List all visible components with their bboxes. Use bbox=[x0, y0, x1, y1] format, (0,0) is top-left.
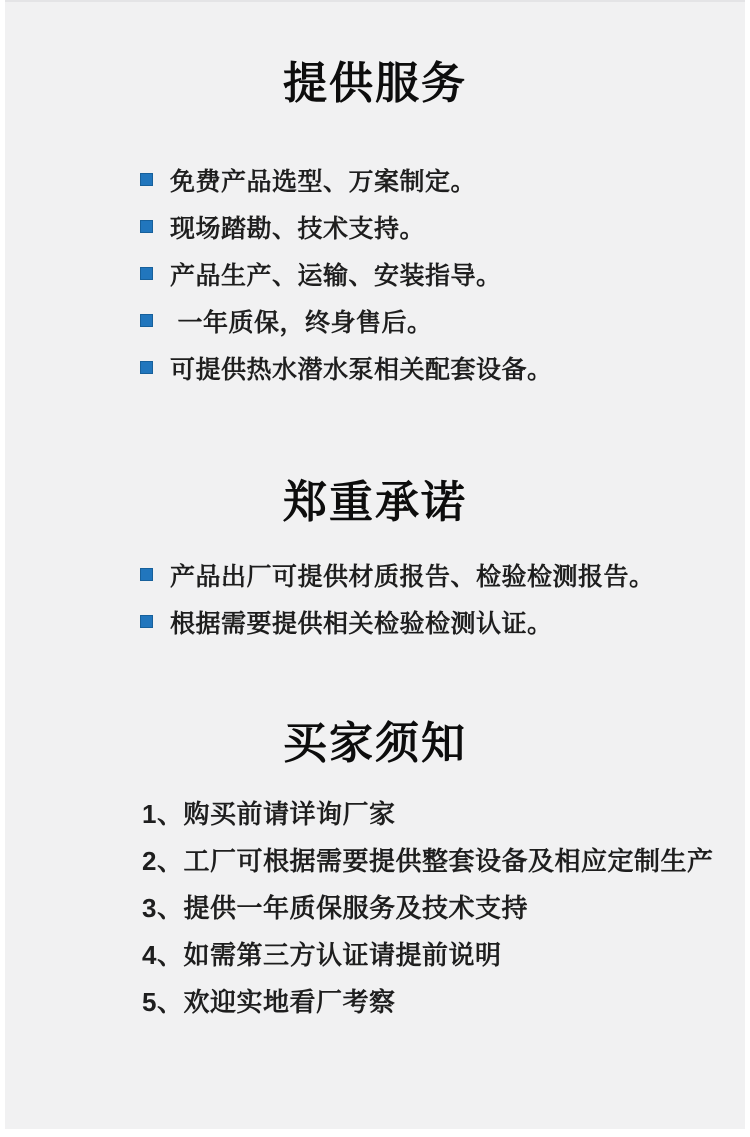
list-item: 根据需要提供相关检验检测认证。 bbox=[5, 598, 745, 645]
list-item: 免费产品选型、万案制定。 bbox=[5, 156, 745, 203]
list-item: 产品生产、运输、安装指导。 bbox=[5, 250, 745, 297]
list-item-text: 现场踏勘、技术支持。 bbox=[170, 209, 425, 245]
bullet-square-icon bbox=[140, 361, 153, 374]
bullet-square-icon bbox=[140, 267, 153, 280]
list-item-text: 产品出厂可提供材质报告、检验检测报告。 bbox=[170, 557, 655, 593]
section-buyer-notice: 买家须知 1、购买前请详询厂家 2、工厂可根据需要提供整套设备及相应定制生产 3… bbox=[5, 722, 745, 1026]
list-item: 1、购买前请详询厂家 bbox=[5, 791, 745, 838]
list-item: 现场踏勘、技术支持。 bbox=[5, 203, 745, 250]
list-item-text: 5、欢迎实地看厂考察 bbox=[142, 987, 395, 1017]
list-item-text: 3、提供一年质保服务及技术支持 bbox=[142, 893, 528, 923]
section-title-promise: 郑重承诺 bbox=[5, 481, 745, 525]
section-promise: 郑重承诺 产品出厂可提供材质报告、检验检测报告。 根据需要提供相关检验检测认证。 bbox=[5, 481, 745, 645]
list-item: 4、如需第三方认证请提前说明 bbox=[5, 932, 745, 979]
list-item-text: 4、如需第三方认证请提前说明 bbox=[142, 940, 501, 970]
list-item: 产品出厂可提供材质报告、检验检测报告。 bbox=[5, 551, 745, 598]
list-item: 可提供热水潜水泵相关配套设备。 bbox=[5, 344, 745, 391]
bullet-square-icon bbox=[140, 568, 153, 581]
section-services: 提供服务 免费产品选型、万案制定。 现场踏勘、技术支持。 产品生产、运输、安装指… bbox=[5, 62, 745, 391]
section-title-buyer-notice: 买家须知 bbox=[5, 722, 745, 766]
list-item-text: 1、购买前请详询厂家 bbox=[142, 799, 395, 829]
list-item-text: 根据需要提供相关检验检测认证。 bbox=[170, 604, 553, 640]
list-item-text: 可提供热水潜水泵相关配套设备。 bbox=[170, 350, 553, 386]
section-title-services: 提供服务 bbox=[5, 62, 745, 106]
list-item-text: 产品生产、运输、安装指导。 bbox=[170, 256, 502, 292]
list-item: 2、工厂可根据需要提供整套设备及相应定制生产 bbox=[5, 838, 745, 885]
list-item: 5、欢迎实地看厂考察 bbox=[5, 979, 745, 1026]
content-panel: 提供服务 免费产品选型、万案制定。 现场踏勘、技术支持。 产品生产、运输、安装指… bbox=[5, 0, 745, 1129]
list-item-text: 一年质保，终身售后。 bbox=[170, 303, 432, 339]
list-item: 一年质保，终身售后。 bbox=[5, 297, 745, 344]
bullet-square-icon bbox=[140, 173, 153, 186]
bullet-square-icon bbox=[140, 314, 153, 327]
list-item-text: 2、工厂可根据需要提供整套设备及相应定制生产 bbox=[142, 846, 713, 876]
list-item-text: 免费产品选型、万案制定。 bbox=[170, 162, 476, 198]
bullet-square-icon bbox=[140, 615, 153, 628]
bullet-square-icon bbox=[140, 220, 153, 233]
list-item: 3、提供一年质保服务及技术支持 bbox=[5, 885, 745, 932]
